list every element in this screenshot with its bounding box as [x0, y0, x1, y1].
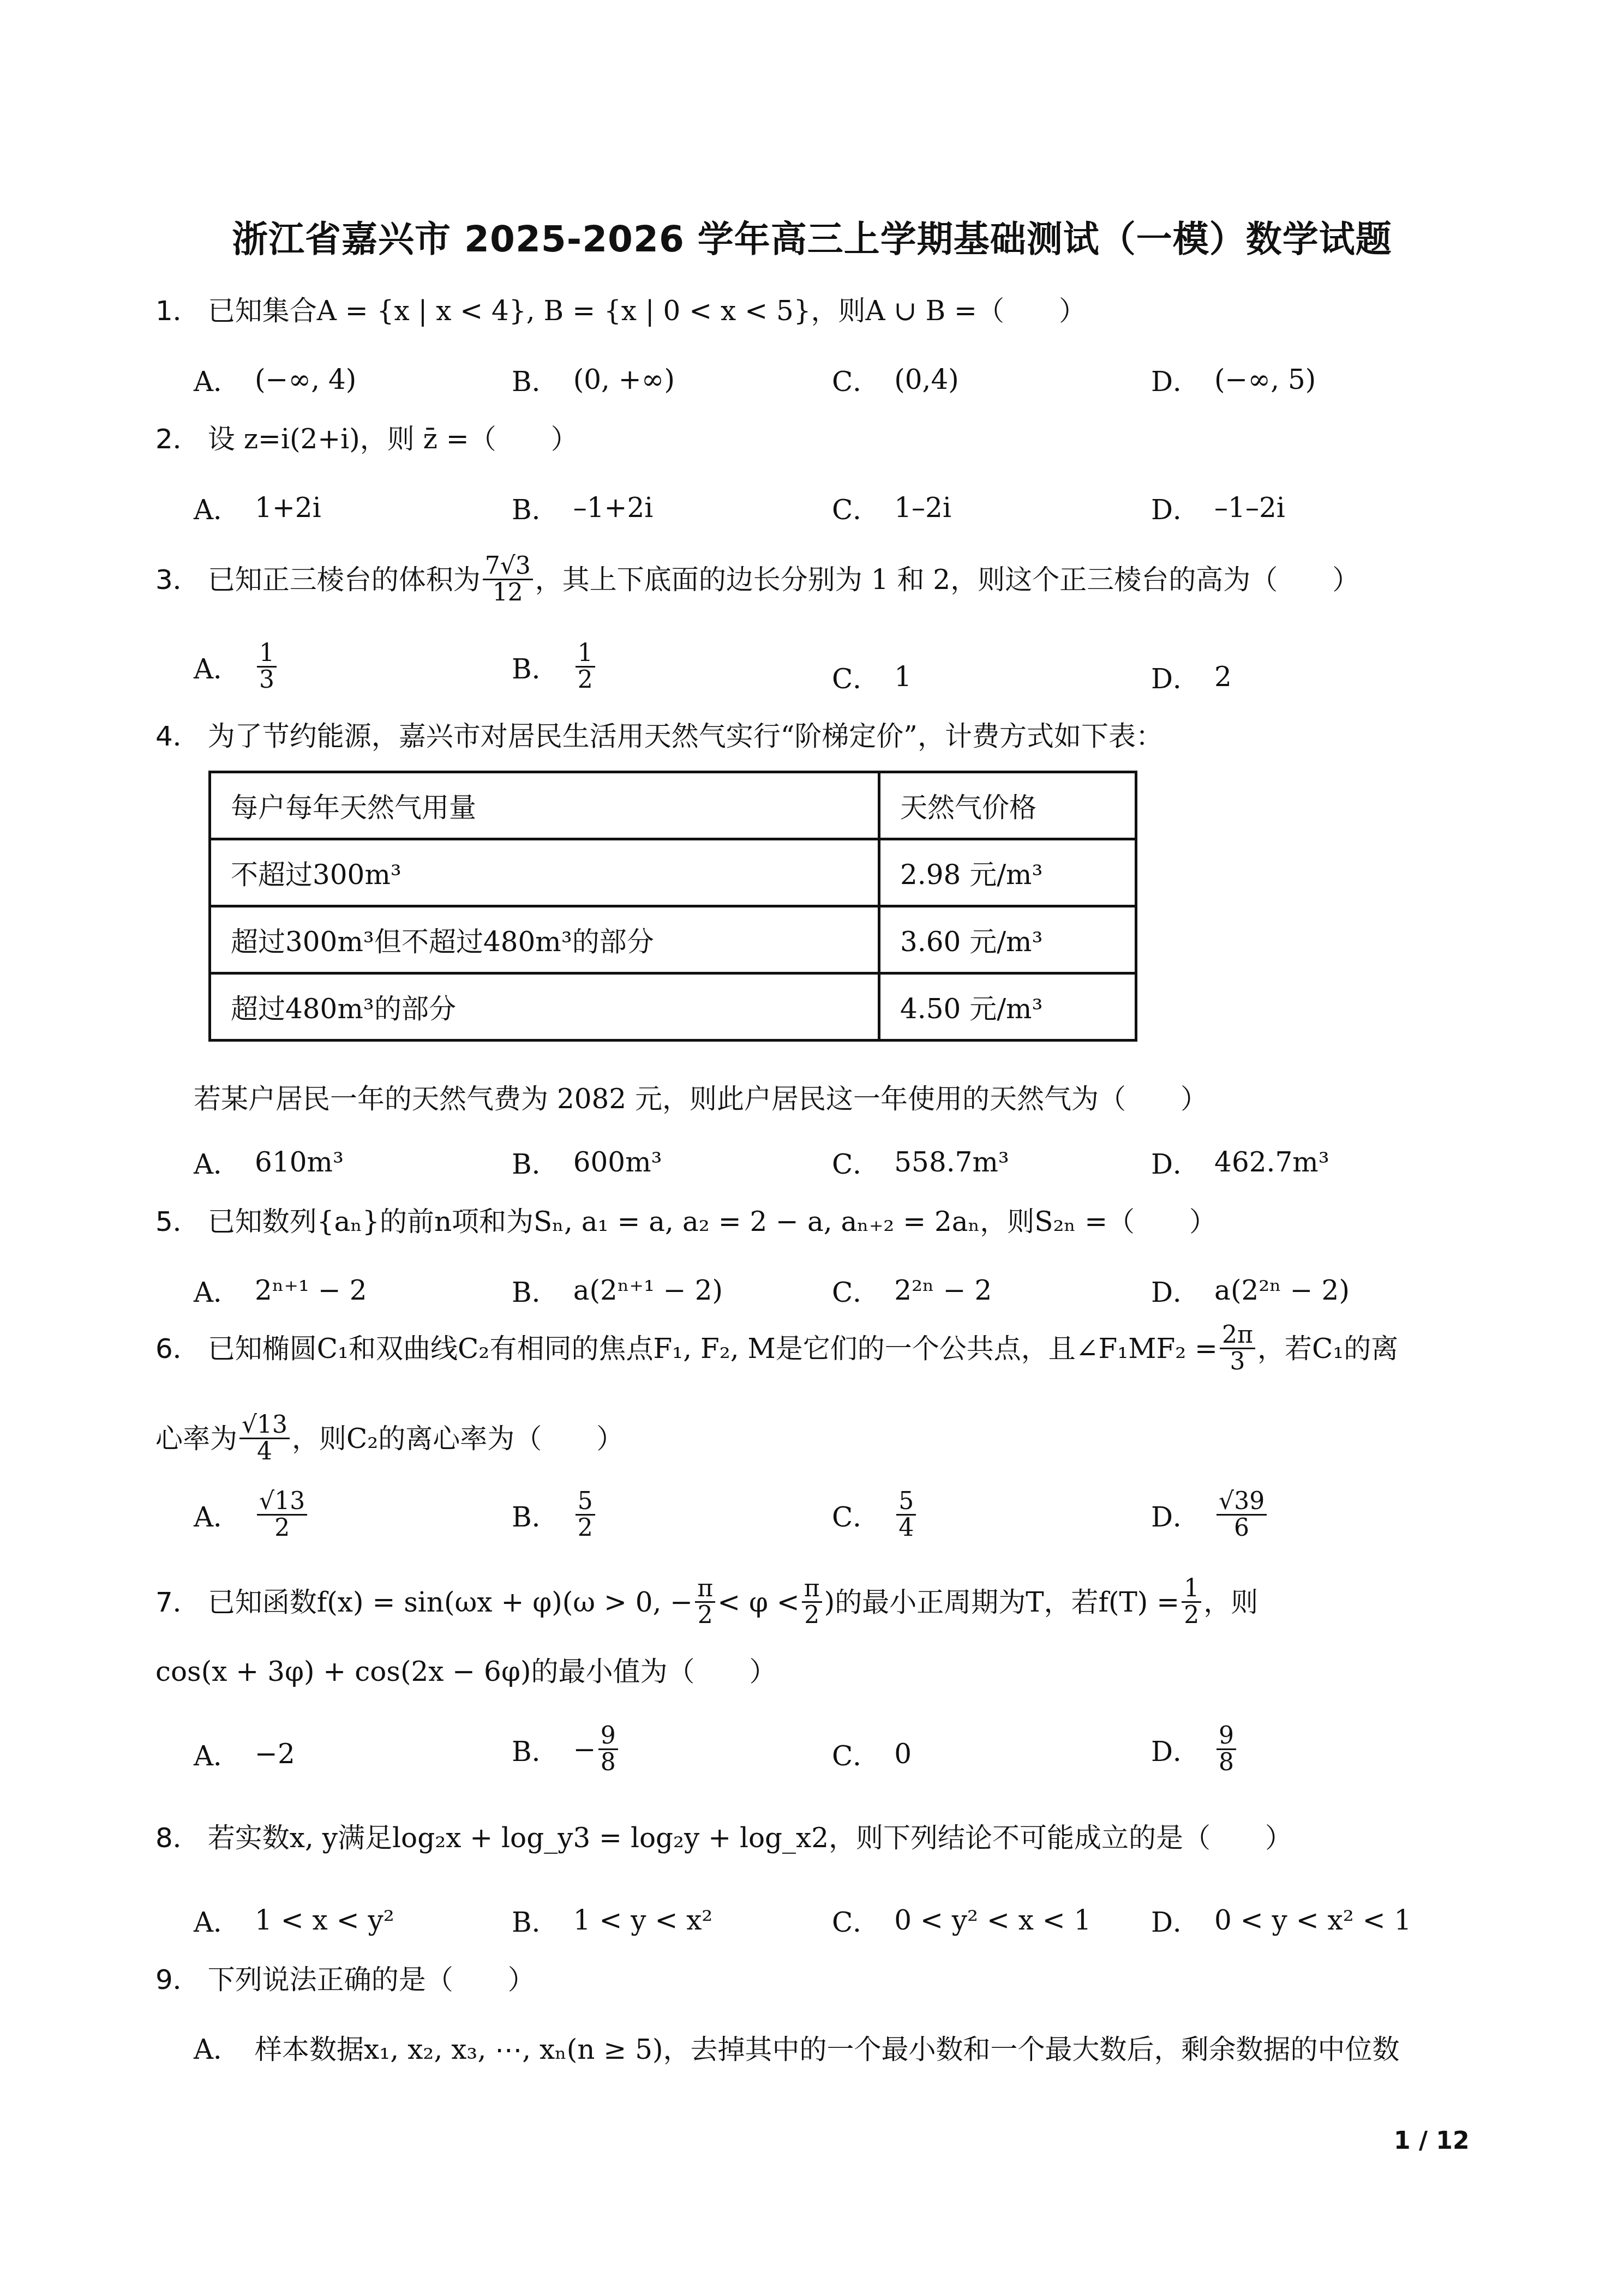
question-number: 4． [155, 720, 200, 753]
question-3: 3．已知正三棱台的体积为 7√312 ，其上下底面的边长分别为 1 和 2，则这… [155, 554, 1359, 605]
option-b[interactable]: B．52 [512, 1489, 597, 1541]
option-a[interactable]: A．(−∞, 4) [194, 360, 356, 399]
option-c[interactable]: C．1 [832, 657, 912, 696]
option-a[interactable]: A．√132 [194, 1489, 309, 1541]
option-b[interactable]: B．12 [512, 641, 597, 693]
option-c[interactable]: C．558.7m³ [832, 1143, 1009, 1182]
fraction: 7√312 [483, 554, 533, 605]
option-a[interactable]: A．610m³ [194, 1143, 344, 1182]
option-d[interactable]: D．0 < y < x² < 1 [1151, 1901, 1411, 1940]
question-5: 5．已知数列{aₙ}的前n项和为Sₙ, a₁ = a, a₂ = 2 − a, … [155, 1205, 1216, 1238]
question-number: 9． [155, 1963, 200, 1996]
table-cell: 超过300m³但不超过480m³的部分 [210, 906, 879, 973]
question-number: 8． [155, 1822, 200, 1854]
table-cell: 不超过300m³ [210, 839, 879, 906]
fraction: √134 [239, 1413, 290, 1464]
option-c[interactable]: C．(0,4) [832, 360, 959, 399]
option-a[interactable]: A．2ⁿ⁺¹ − 2 [194, 1271, 367, 1310]
option-a[interactable]: A．−2 [194, 1734, 295, 1774]
option-b[interactable]: B．(0, +∞) [512, 360, 675, 399]
fraction: 2π3 [1220, 1323, 1255, 1374]
table-header-cell: 天然气价格 [879, 772, 1136, 839]
option-d[interactable]: D．2 [1151, 657, 1232, 696]
option-c[interactable]: C．54 [832, 1489, 918, 1541]
gas-pricing-table: 每户每年天然气用量 天然气价格 不超过300m³ 2.98 元/m³ 超过300… [208, 771, 1137, 1042]
table-header-cell: 每户每年天然气用量 [210, 772, 879, 839]
question-8: 8．若实数x, y满足log₂x + log_y3 = log₂y + log_… [155, 1822, 1292, 1854]
question-6: 6．已知椭圆C₁和双曲线C₂有相同的焦点F₁, F₂, M是它们的一个公共点，且… [155, 1323, 1398, 1374]
option-d[interactable]: D．√396 [1151, 1489, 1269, 1541]
option-b[interactable]: B．1 < y < x² [512, 1901, 712, 1940]
question-7-line-2: cos(x + 3φ) + cos(2x − 6φ)的最小值为（ ） [155, 1655, 776, 1688]
question-number: 1． [155, 294, 200, 327]
question-4: 4．为了节约能源，嘉兴市对居民生活用天然气实行“阶梯定价”，计费方式如下表： [155, 720, 1163, 753]
question-4-sub-stem: 若某户居民一年的天然气费为 2082 元，则此户居民这一年使用的天然气为（ ） [194, 1077, 1208, 1116]
question-stem: 若实数x, y满足log₂x + log_y3 = log₂y + log_x2… [208, 1822, 1292, 1854]
question-9: 9．下列说法正确的是（ ） [155, 1963, 535, 1996]
table-header-row: 每户每年天然气用量 天然气价格 [210, 772, 1136, 839]
table-cell: 4.50 元/m³ [879, 973, 1136, 1041]
question-number: 7． [155, 1586, 200, 1619]
option-b[interactable]: B．600m³ [512, 1143, 662, 1182]
table-row: 不超过300m³ 2.98 元/m³ [210, 839, 1136, 906]
question-number: 6． [155, 1332, 200, 1365]
question-stem: 已知集合A = {x | x < 4}, B = {x | 0 < x < 5}… [208, 295, 1086, 327]
option-b[interactable]: B．−98 [512, 1723, 620, 1775]
page-title: 浙江省嘉兴市 2025-2026 学年高三上学期基础测试（一模）数学试题 [0, 210, 1624, 262]
option-c[interactable]: C．2²ⁿ − 2 [832, 1271, 992, 1310]
option-c[interactable]: C．0 [832, 1734, 912, 1774]
question-1: 1．已知集合A = {x | x < 4}, B = {x | 0 < x < … [155, 294, 1086, 327]
option-d[interactable]: D．98 [1151, 1723, 1238, 1775]
option-d[interactable]: D．–1–2i [1151, 488, 1285, 527]
table-row: 超过480m³的部分 4.50 元/m³ [210, 973, 1136, 1041]
table-cell: 2.98 元/m³ [879, 839, 1136, 906]
table-cell: 3.60 元/m³ [879, 906, 1136, 973]
option-b[interactable]: B．–1+2i [512, 488, 653, 527]
option-c[interactable]: C．0 < y² < x < 1 [832, 1901, 1091, 1940]
question-2: 2．设 z=i(2+i)，则 z̄ =（ ） [155, 423, 578, 455]
table-row: 超过300m³但不超过480m³的部分 3.60 元/m³ [210, 906, 1136, 973]
option-a[interactable]: A．样本数据x₁, x₂, x₃, ⋯, xₙ(n ≥ 5)，去掉其中的一个最小… [194, 2028, 1400, 2067]
table-cell: 超过480m³的部分 [210, 973, 879, 1041]
question-stem: 为了节约能源，嘉兴市对居民生活用天然气实行“阶梯定价”，计费方式如下表： [208, 720, 1163, 752]
question-7: 7．已知函数f(x) = sin(ωx + φ) (ω > 0, − π2 < … [155, 1576, 1258, 1628]
option-b[interactable]: B．a(2ⁿ⁺¹ − 2) [512, 1271, 723, 1310]
option-d[interactable]: D．a(2²ⁿ − 2) [1151, 1271, 1350, 1310]
option-a[interactable]: A．13 [194, 641, 279, 693]
option-d[interactable]: D．462.7m³ [1151, 1143, 1329, 1182]
option-c[interactable]: C．1–2i [832, 488, 951, 527]
option-d[interactable]: D．(−∞, 5) [1151, 360, 1316, 399]
question-stem: 设 z=i(2+i)，则 z̄ =（ ） [208, 423, 578, 455]
question-number: 2． [155, 423, 200, 455]
question-stem: 已知数列{aₙ}的前n项和为Sₙ, a₁ = a, a₂ = 2 − a, aₙ… [208, 1206, 1216, 1237]
question-number: 5． [155, 1205, 200, 1238]
question-number: 3． [155, 563, 200, 596]
page-number: 1 / 12 [1394, 2127, 1470, 2155]
option-a[interactable]: A．1 < x < y² [194, 1901, 394, 1940]
option-a[interactable]: A．1+2i [194, 488, 321, 527]
question-stem: 下列说法正确的是（ ） [208, 1964, 535, 1996]
question-6-line-2: 心率为 √134 ，则C₂的离心率为（ ） [155, 1413, 624, 1464]
